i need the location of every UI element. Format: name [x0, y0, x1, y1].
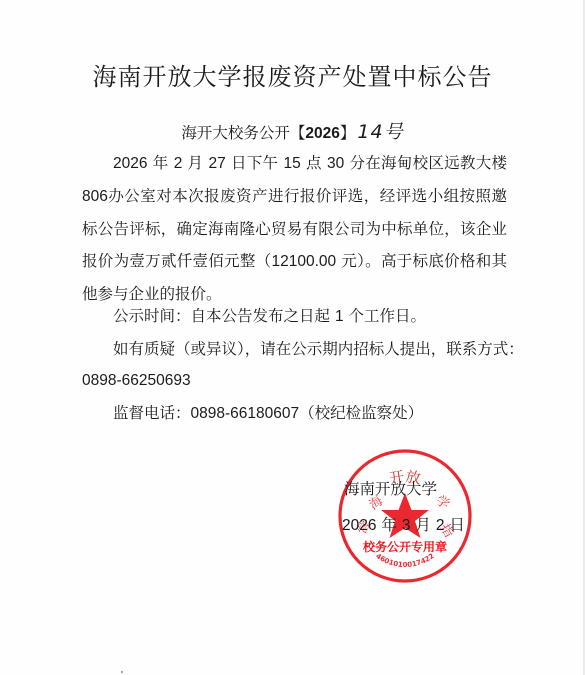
seal-code-text: 4601010017422: [374, 552, 436, 569]
svg-text:4601010017422: 4601010017422: [374, 552, 436, 569]
signature-date: 2026 年 3 月 2 日: [342, 513, 482, 535]
doc-number-suffix: 】: [340, 124, 356, 142]
signature-organization: 海南开放大学: [344, 477, 476, 499]
paragraph-run: 点: [301, 154, 327, 172]
objection-phone: 0898-66250693: [82, 365, 507, 397]
supervision-label: 监督电话：: [113, 404, 191, 422]
document-body: 2026 年 2 月 27 日下午 15 点 30 分在海甸校区远教大楼 806…: [82, 147, 507, 430]
main-paragraph: 2026 年 2 月 27 日下午 15 点 30 分在海甸校区远教大楼 806…: [82, 147, 507, 310]
doc-number-year: 2026: [305, 125, 339, 142]
page-title: 海南开放大学报废资产处置中标公告: [0, 57, 585, 92]
notice-period: 公示时间：自本公告发布之日起 1 个工作日。: [82, 300, 507, 333]
paragraph-run: 12100.00: [271, 253, 336, 270]
document-page: 海南开放大学报废资产处置中标公告 海开大校务公开【2026】14号 2026 年…: [0, 0, 585, 675]
paragraph-run: 30: [327, 155, 344, 172]
paragraph-run: 分在海甸校区远教大楼: [344, 154, 507, 172]
date-month-unit: 月: [410, 516, 435, 534]
notice-period-label: 公示时间：自本公告发布之日起: [113, 307, 335, 325]
paragraph-run: 日下午: [226, 154, 284, 172]
objection-text: 如有质疑（或异议），请在公示期内招标人提出，联系方式：: [82, 333, 507, 365]
scan-speck: [121, 671, 123, 673]
paragraph-run: 806: [82, 188, 108, 205]
paragraph-run: 15: [284, 155, 301, 172]
document-number: 海开大校务公开【2026】14号: [0, 117, 585, 144]
scan-speck: [122, 416, 123, 418]
notice-period-count: 1: [335, 308, 344, 325]
supervision-phone: 0898-66180607: [191, 405, 300, 422]
seal-bottom-text: 校务公开专用章: [362, 539, 447, 554]
doc-number-prefix: 海开大校务公开【: [181, 124, 305, 142]
paragraph-run: 27: [209, 155, 226, 172]
paragraph-run: 2026: [113, 155, 147, 172]
doc-number-handwritten: 14号: [357, 121, 403, 143]
supervision-line: 监督电话：0898-66180607（校纪检监察处）: [82, 397, 507, 430]
date-year: 2026: [342, 517, 376, 534]
notice-period-suffix: 个工作日。: [344, 307, 426, 325]
paragraph-run: 月: [182, 154, 208, 172]
date-year-unit: 年: [376, 516, 401, 534]
date-day-unit: 日: [444, 516, 464, 534]
paragraph-run: 年: [147, 154, 173, 172]
supervision-dept: （校纪检监察处）: [299, 404, 423, 422]
